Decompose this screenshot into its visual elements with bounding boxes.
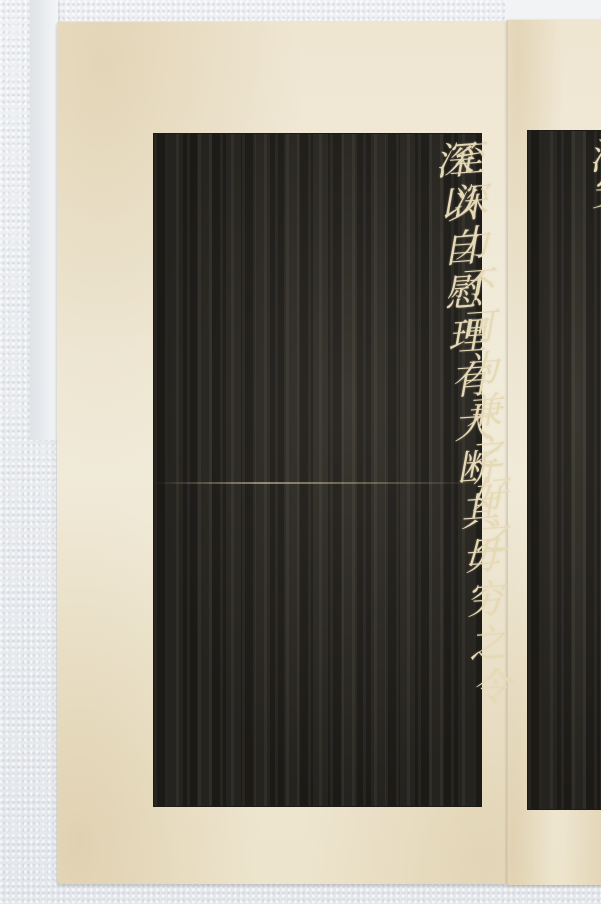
foam-flap	[30, 0, 58, 440]
ink-rubbing-right: 治安	[527, 130, 601, 810]
ink-rubbing-left: 且夜来至何云晚並不堪之深辞事 不能决随重痛不可言不知何以消之 至深力不可为兼之好…	[153, 133, 482, 807]
foam-top-strip	[505, 0, 601, 20]
calligraphy-column-right: 治安	[558, 137, 601, 209]
column-text: 深以自慰理有大断其毋穷之令	[426, 139, 512, 713]
column-text: 治安	[579, 135, 601, 210]
